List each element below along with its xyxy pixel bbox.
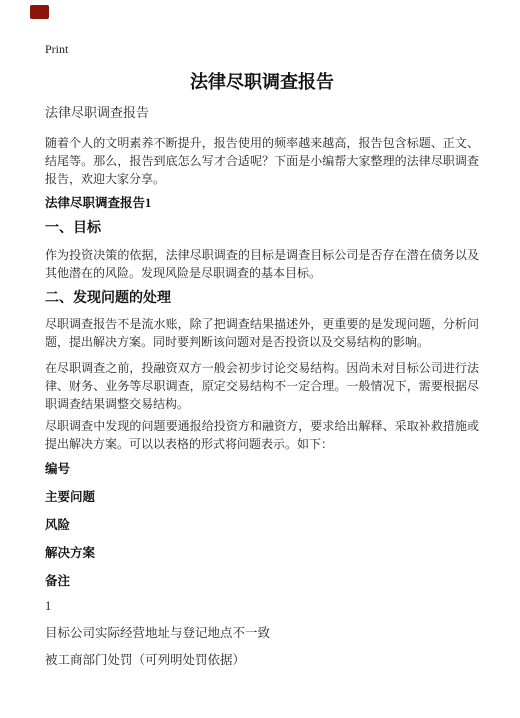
intro-paragraph: 随着个人的文明素养不断提升，报告使用的频率越来越高，报告包含标题、正文、结尾等。… <box>45 134 479 188</box>
field-label-main-issue: 主要问题 <box>45 489 479 505</box>
field-label-solution: 解决方案 <box>45 545 479 561</box>
goal-paragraph: 作为投资决策的依据，法律尽职调查的目标是调查目标公司是否存在潜在债务以及其他潜在… <box>45 246 479 282</box>
field-label-remark: 备注 <box>45 573 479 589</box>
doc-subtitle: 法律尽职调查报告 <box>45 105 479 121</box>
issues-paragraph-3: 尽职调查中发现的问题要通报给投资方和融资方，要求给出解释、采取补救措施或提出解决… <box>45 417 479 453</box>
row-value-risk: 被工商部门处罚（可列明处罚依据） <box>45 652 479 668</box>
document-page: Print 法律尽职调查报告 法律尽职调查报告 随着个人的文明素养不断提升，报告… <box>0 0 520 718</box>
corner-badge <box>30 5 49 19</box>
issues-paragraph-1: 尽职调查报告不是流水账，除了把调查结果描述外，更重要的是发现问题，分析问题，提出… <box>45 315 479 351</box>
row-value-number: 1 <box>45 598 479 614</box>
field-label-risk: 风险 <box>45 517 479 533</box>
section-heading-issues: 二、发现问题的处理 <box>45 290 479 308</box>
collection-heading: 法律尽职调查报告1 <box>45 195 479 211</box>
field-label-number: 编号 <box>45 461 479 477</box>
row-value-main-issue: 目标公司实际经营地址与登记地点不一致 <box>45 625 479 641</box>
print-link[interactable]: Print <box>45 42 68 56</box>
page-title: 法律尽职调查报告 <box>45 71 479 93</box>
issues-paragraph-2: 在尽职调查之前，投融资双方一般会初步讨论交易结构。因尚未对目标公司进行法律、财务… <box>45 359 479 413</box>
section-heading-goal: 一、目标 <box>45 220 479 238</box>
